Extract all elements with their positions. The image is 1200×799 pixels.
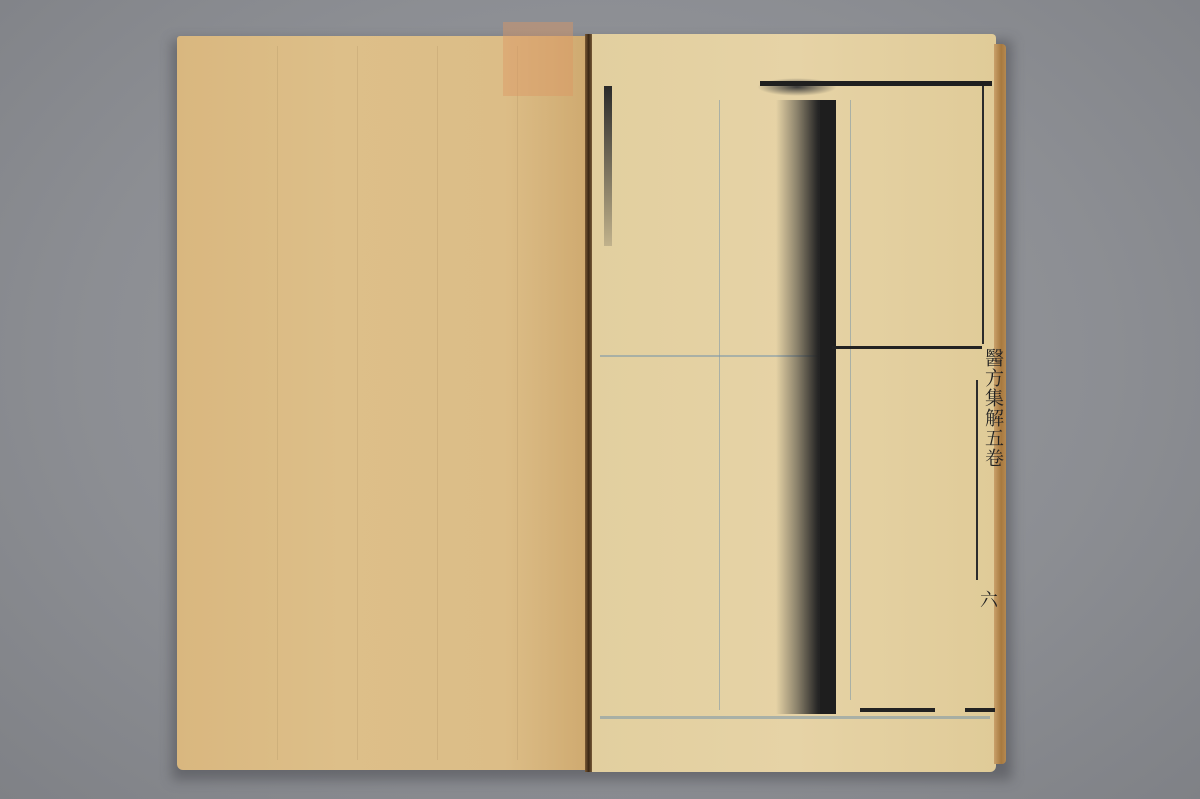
- faint-rule: [600, 716, 990, 719]
- fishtail-divider: [832, 346, 982, 349]
- margin-column-line: [982, 86, 984, 344]
- faded-seal-stamp: [503, 22, 573, 96]
- faint-rule: [850, 100, 851, 700]
- frame-bottom-border: [860, 708, 935, 712]
- page-rule: [517, 46, 518, 760]
- page-rule: [357, 46, 358, 760]
- page-rule: [277, 46, 278, 760]
- ink-rubbing-core: [820, 100, 836, 714]
- frame-top-border: [760, 81, 992, 86]
- frame-bottom-border: [965, 708, 995, 712]
- margin-title: 醫方集解五卷: [983, 348, 1003, 468]
- frame-left-border: [604, 86, 612, 246]
- faint-rule: [719, 100, 720, 710]
- margin-column-line: [976, 380, 978, 580]
- leaf-number: 六: [980, 590, 1000, 608]
- left-page: [177, 36, 587, 770]
- page-rule: [437, 46, 438, 760]
